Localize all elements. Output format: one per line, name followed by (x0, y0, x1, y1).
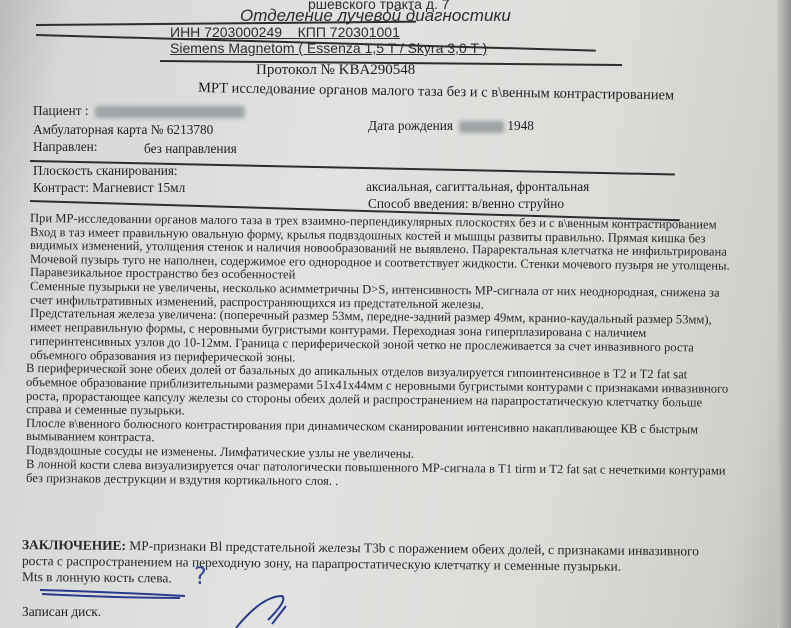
question-mark: ? (194, 562, 207, 590)
underline-stroke (40, 590, 185, 598)
handwritten-marks: ? (0, 0, 791, 628)
signature-stroke (236, 596, 286, 628)
